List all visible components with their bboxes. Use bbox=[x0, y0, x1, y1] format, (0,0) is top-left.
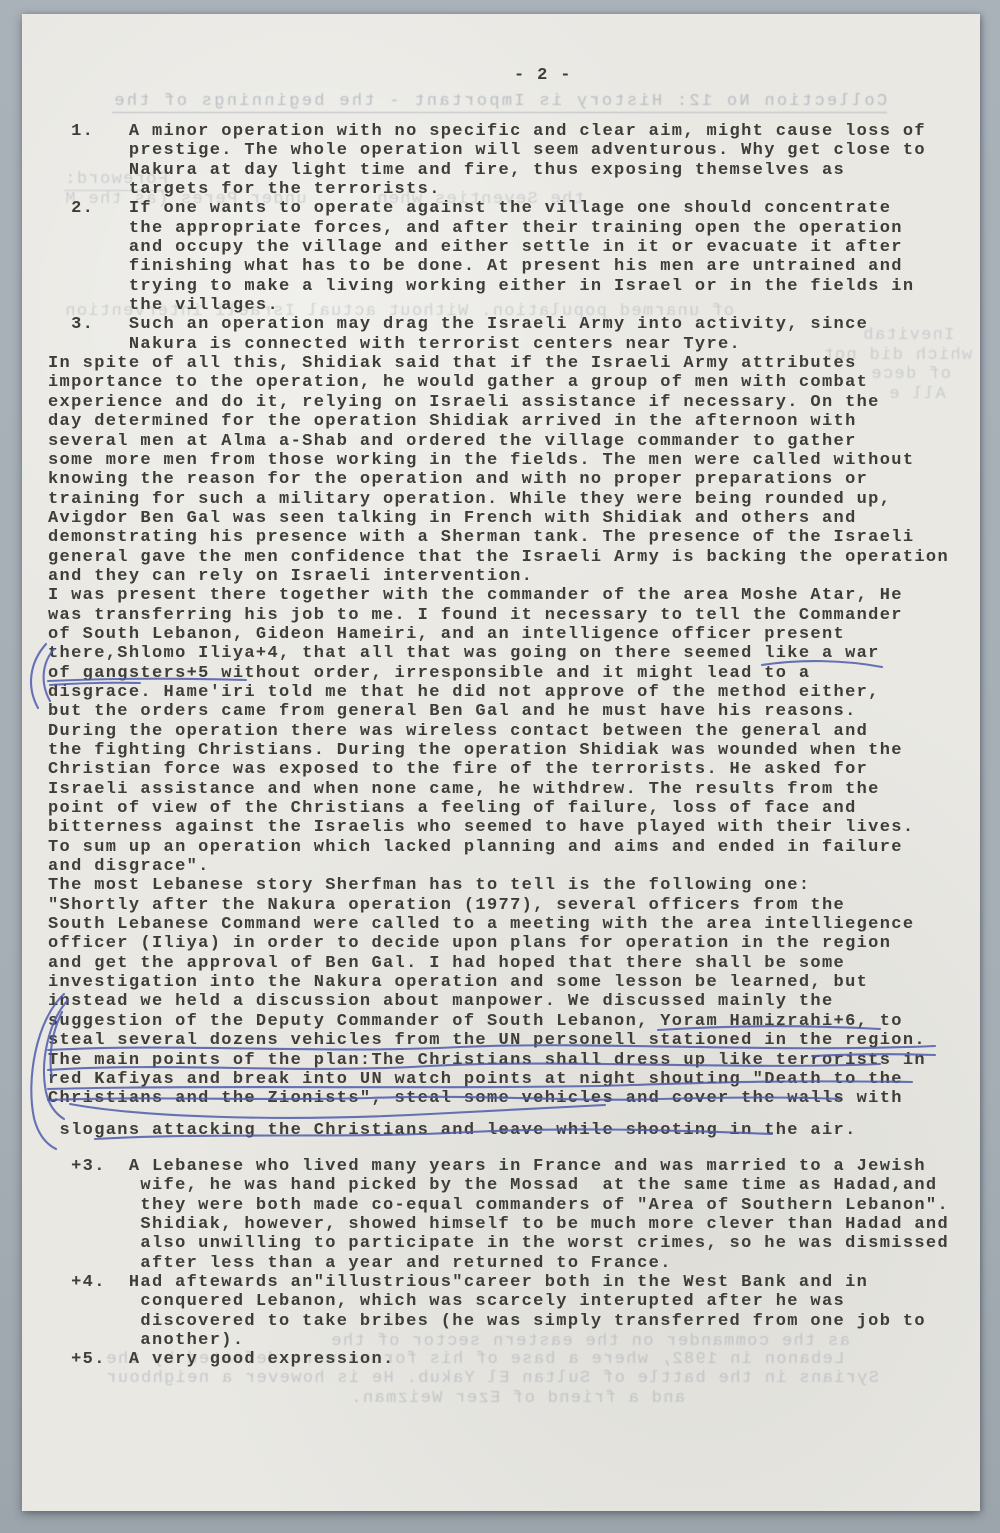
scan-background: Collection No 12: History is Important -… bbox=[0, 0, 1000, 1533]
document-page bbox=[22, 14, 980, 1511]
